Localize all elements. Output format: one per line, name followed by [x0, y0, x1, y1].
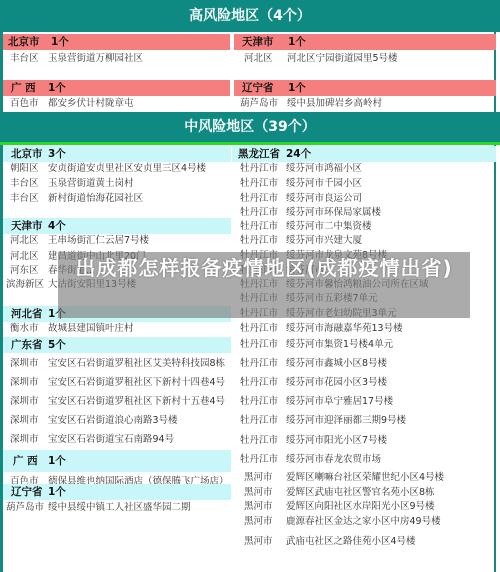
- high-group-header-liaoning: 辽宁省 1个: [234, 80, 496, 96]
- province-label: 北京市: [11, 146, 43, 162]
- count-label: 1个: [48, 80, 66, 96]
- count-label: 3个: [48, 146, 66, 162]
- city-label: 丰台区: [10, 177, 39, 190]
- province-label: 辽宁省: [242, 80, 274, 96]
- province-label: 北京市: [8, 34, 40, 50]
- address-label: 故城县建国镇叶庄村: [48, 322, 134, 335]
- high-risk-banner: 高风险地区（4个）: [0, 0, 500, 32]
- province-label: 广东省: [11, 337, 43, 353]
- address-label: 绥芬河市海融嘉华苑13号楼: [286, 322, 403, 335]
- city-label: 朝阳区: [10, 162, 39, 175]
- province-label: 天津市: [11, 218, 43, 234]
- caption-text: 出成都怎样报备疫情地区(成都疫情出省): [58, 256, 470, 281]
- address-label: 鹿源春社区金达之家小区中房49号楼: [286, 515, 441, 528]
- address-label: 绥芬河市春龙农贸市场: [286, 453, 381, 466]
- high-group-header-guangxi: 广 西 1个: [3, 80, 230, 96]
- address-label: 绥芬河市环保局家属楼: [286, 206, 381, 219]
- city-label: 河北区: [10, 250, 39, 263]
- city-label: 牡丹江市: [240, 162, 278, 175]
- address-label: 王串场街汇仁云居7号楼: [48, 234, 149, 247]
- city-label: 河北区: [10, 234, 39, 247]
- address-label: 安贞街道安贞里社区安贞里三区4号楼: [48, 162, 206, 175]
- mid-group-header-tianjin: 天津市 4个: [3, 218, 231, 234]
- address-label: 绥芬河市兴建大厦: [286, 234, 362, 247]
- city-label: 丰台区: [10, 192, 39, 205]
- address-label: 宝安区石岩街道浪心南路3号楼: [48, 414, 178, 427]
- mid-group-header-beijing: 北京市 3个: [3, 146, 231, 162]
- city-label: 牡丹江市: [240, 220, 278, 233]
- address-label: 宝安区石岩街道罗租社区艾美特科技园8栋: [48, 357, 225, 370]
- address-label: 绥芬河市千园小区: [286, 177, 362, 190]
- address-label: 绥芬河市二中集资楼: [286, 220, 372, 233]
- province-label: 广 西: [13, 450, 38, 472]
- city-label: 黑河市: [244, 535, 273, 548]
- mid-group-header-guangxi: 广 西 1个: [3, 450, 231, 472]
- mid-group-header-guangdong: 广东省 5个: [3, 337, 231, 353]
- address-label: 都安乡伏计村陇章屯: [48, 97, 134, 110]
- city-label: 牡丹江市: [240, 357, 278, 370]
- count-label: 1个: [288, 80, 306, 96]
- address-label: 绥芬河市鑫城小区8号楼: [286, 357, 387, 370]
- city-label: 牡丹江市: [240, 434, 278, 447]
- mid-group-header-liaoning: 辽宁省 1个: [3, 484, 231, 500]
- address-label: 玉泉营街道万柳园社区: [48, 52, 143, 65]
- address-label: 宝安区石岩街道罗租社区下新村十四巷4号: [48, 376, 225, 389]
- city-label: 黑河市: [244, 500, 273, 513]
- mid-risk-banner: 中风险地区（39个）: [0, 112, 500, 145]
- province-label: 辽宁省: [11, 484, 43, 500]
- city-label: 黑河市: [244, 486, 273, 499]
- city-label: 牡丹江市: [240, 206, 278, 219]
- city-label: 深圳市: [10, 376, 39, 389]
- count-label: 4个: [48, 218, 66, 234]
- count-label: 24个: [286, 146, 311, 162]
- address-label: 绥芬河市花园小区3号楼: [286, 376, 387, 389]
- city-label: 黑河市: [244, 471, 273, 484]
- address-label: 爱辉区喇嘛台社区荣耀世纪小区4号楼: [286, 471, 444, 484]
- province-label: 广 西: [11, 80, 36, 96]
- city-label: 葫芦岛市: [6, 501, 44, 514]
- province-label: 天津市: [242, 34, 274, 50]
- mid-group-header-heilongjiang: 黑龙江省 24个: [232, 146, 496, 162]
- city-label: 深圳市: [10, 395, 39, 408]
- count-label: 1个: [48, 450, 66, 472]
- address-label: 武庙屯社区之路佳苑小区4号楼: [286, 535, 416, 548]
- high-group-header-tianjin: 天津市 1个: [234, 34, 496, 50]
- address-label: 爱辉区向阳社区水岸阳光小区9号楼: [286, 500, 435, 513]
- address-label: 绥中县绥中镇工人社区盛华园二期: [48, 501, 191, 514]
- count-label: 1个: [51, 34, 69, 50]
- city-label: 葫芦岛市: [240, 97, 278, 110]
- address-label: 绥芬河市集资1号楼4单元: [286, 338, 393, 351]
- city-label: 衡水市: [10, 322, 39, 335]
- city-label: 深圳市: [10, 433, 39, 446]
- city-label: 牡丹江市: [240, 453, 278, 466]
- city-label: 深圳市: [10, 357, 39, 370]
- city-label: 河北区: [244, 52, 273, 65]
- city-label: 牡丹江市: [240, 338, 278, 351]
- address-label: 绥芬河市鸿福小区: [286, 162, 362, 175]
- address-label: 河北区宁园街道园里5号楼: [287, 52, 398, 65]
- city-label: 黑河市: [244, 515, 273, 528]
- high-group-header-beijing: 北京市 1个: [3, 34, 230, 50]
- address-label: 宝安区石岩街道罗租社区下新村十五巷4号: [48, 395, 225, 408]
- address-label: 宝安区石岩街道宝石南路94号: [48, 433, 174, 446]
- address-label: 新村街道怡海花园社区: [48, 192, 143, 205]
- city-label: 牡丹江市: [240, 192, 278, 205]
- city-label: 滨海新区: [6, 278, 44, 291]
- count-label: 1个: [288, 34, 306, 50]
- city-label: 牡丹江市: [240, 414, 278, 427]
- city-label: 河东区: [10, 264, 39, 277]
- city-label: 牡丹江市: [240, 234, 278, 247]
- province-label: 黑龙江省: [238, 146, 280, 162]
- city-label: 牡丹江市: [240, 322, 278, 335]
- address-label: 绥中县加碑岩乡高岭村: [287, 97, 382, 110]
- count-label: 5个: [48, 337, 66, 353]
- address-label: 绥芬河市阜宁雅居17号楼: [286, 395, 393, 408]
- city-label: 深圳市: [10, 414, 39, 427]
- city-label: 百色市: [10, 97, 39, 110]
- count-label: 1个: [48, 484, 66, 500]
- address-label: 绥芬河市迎泽丽都三期9号楼: [286, 414, 406, 427]
- city-label: 丰台区: [10, 52, 39, 65]
- address-label: 玉泉营街道黄土岗村: [48, 177, 134, 190]
- address-label: 爱辉区武庙屯社区警官名苑小区8栋: [286, 486, 435, 499]
- city-label: 牡丹江市: [240, 177, 278, 190]
- city-label: 牡丹江市: [240, 376, 278, 389]
- address-label: 绥芬河市阳光小区7号楼: [286, 434, 387, 447]
- address-label: 绥芬河市良运公司: [286, 192, 362, 205]
- city-label: 牡丹江市: [240, 395, 278, 408]
- province-label: 河北省: [11, 306, 43, 322]
